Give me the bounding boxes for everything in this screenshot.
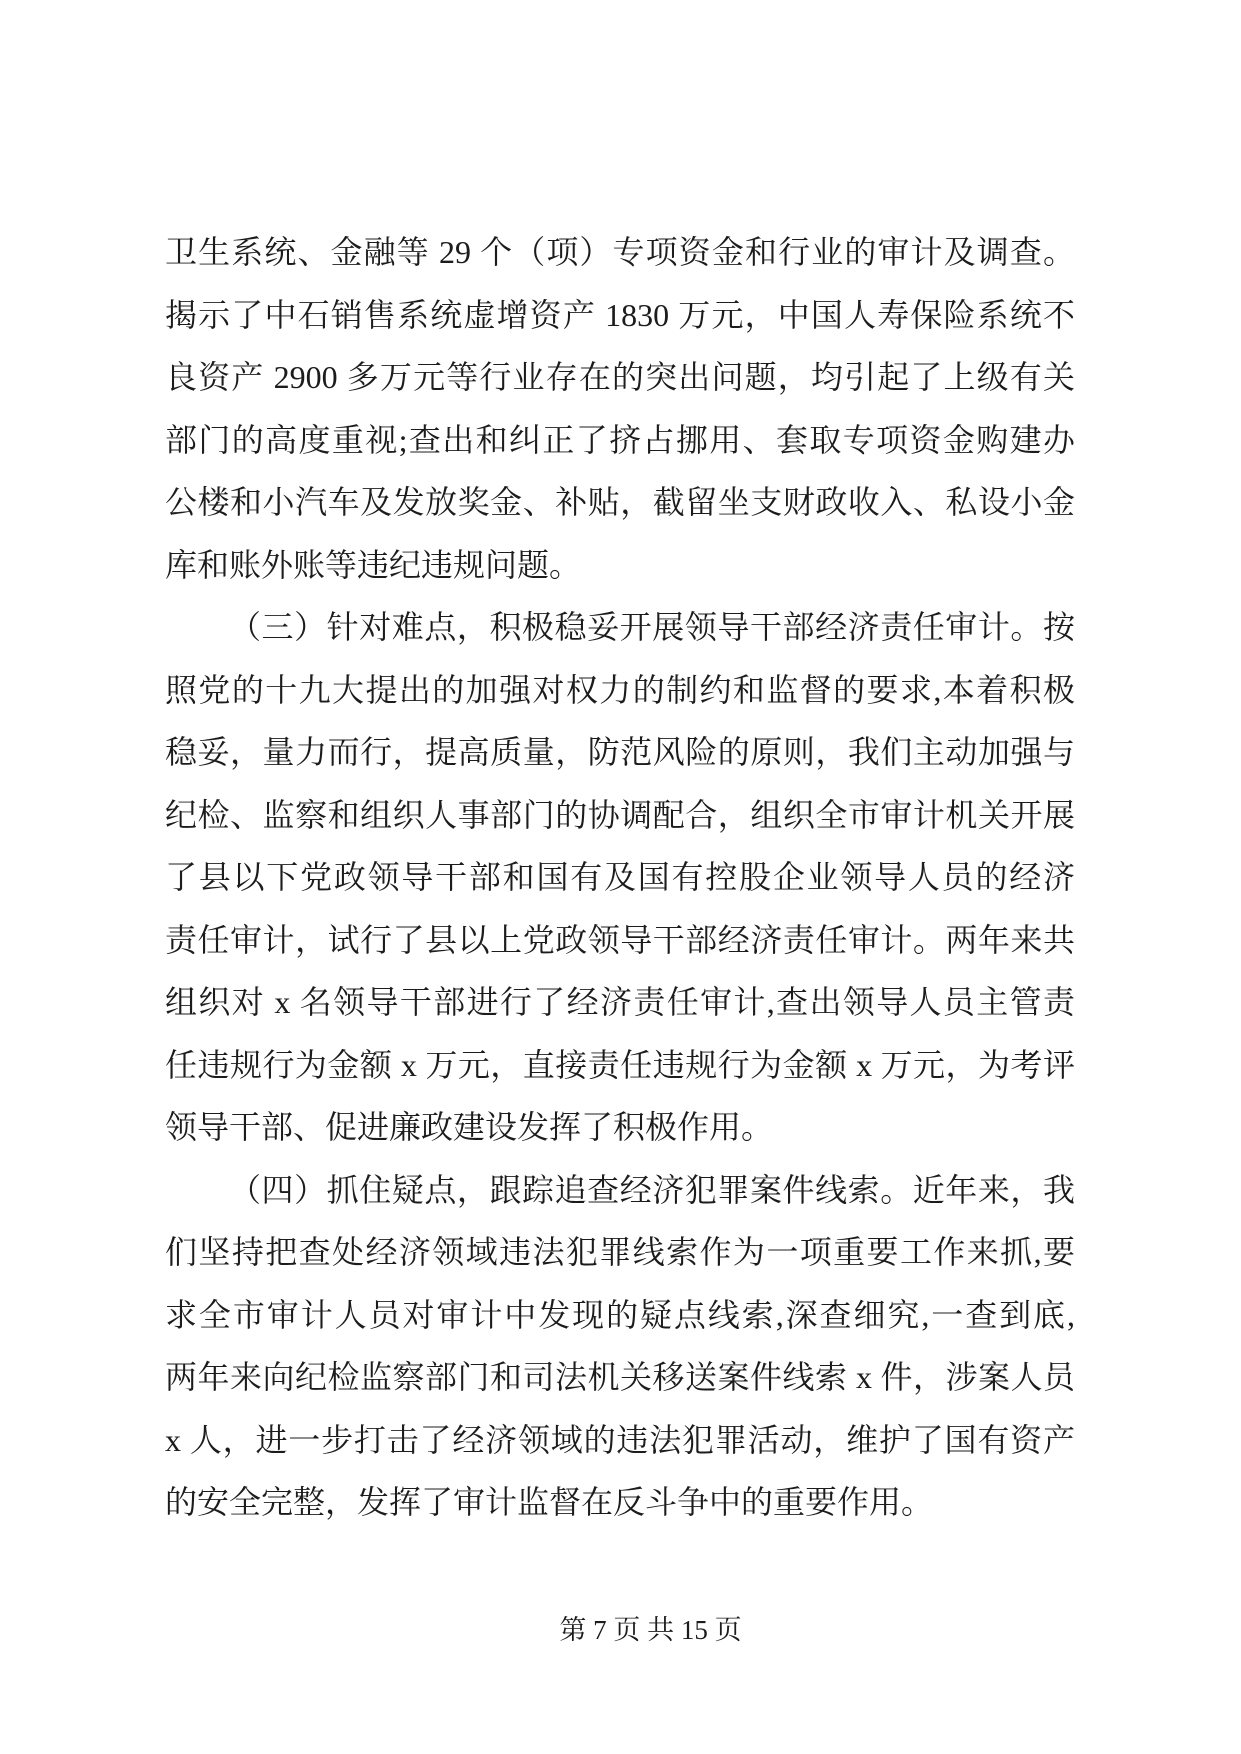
text-line: 揭示了中石销售系统虚增资产 1830 万元，中国人寿保险系统不 — [165, 284, 1075, 347]
text-line: 卫生系统、金融等 29 个（项）专项资金和行业的审计及调查。 — [165, 221, 1075, 284]
text-line: 任违规行为金额 x 万元，直接责任违规行为金额 x 万元，为考评 — [165, 1034, 1075, 1097]
text-line: 责任审计，试行了县以上党政领导干部经济责任审计。两年来共 — [165, 909, 1075, 972]
text-line: 公楼和小汽车及发放奖金、补贴，截留坐支财政收入、私设小金 — [165, 471, 1075, 534]
page-footer: 第 7 页 共 15 页 — [0, 1610, 1241, 1650]
document-body: 卫生系统、金融等 29 个（项）专项资金和行业的审计及调查。揭示了中石销售系统虚… — [165, 221, 1075, 1534]
text-line: 了县以下党政领导干部和国有及国有控股企业领导人员的经济 — [165, 846, 1075, 909]
page-number-indicator: 第 7 页 共 15 页 — [559, 1610, 741, 1650]
text-line: （三）针对难点，积极稳妥开展领导干部经济责任审计。按 — [165, 596, 1075, 659]
text-line: （四）抓住疑点，跟踪追查经济犯罪案件线索。近年来，我 — [165, 1159, 1075, 1222]
document-page: 卫生系统、金融等 29 个（项）专项资金和行业的审计及调查。揭示了中石销售系统虚… — [0, 0, 1241, 1754]
paragraph: 卫生系统、金融等 29 个（项）专项资金和行业的审计及调查。揭示了中石销售系统虚… — [165, 221, 1075, 596]
text-line: x 人，进一步打击了经济领域的违法犯罪活动，维护了国有资产 — [165, 1409, 1075, 1472]
text-line: 稳妥，量力而行，提高质量，防范风险的原则，我们主动加强与 — [165, 721, 1075, 784]
text-line: 库和账外账等违纪违规问题。 — [165, 534, 1075, 597]
text-line: 的安全完整，发挥了审计监督在反斗争中的重要作用。 — [165, 1471, 1075, 1534]
text-line: 领导干部、促进廉政建设发挥了积极作用。 — [165, 1096, 1075, 1159]
text-line: 部门的高度重视;查出和纠正了挤占挪用、套取专项资金购建办 — [165, 409, 1075, 472]
text-line: 纪检、监察和组织人事部门的协调配合，组织全市审计机关开展 — [165, 784, 1075, 847]
text-line: 们坚持把查处经济领域违法犯罪线索作为一项重要工作来抓,要 — [165, 1221, 1075, 1284]
text-line: 求全市审计人员对审计中发现的疑点线索,深查细究,一查到底, — [165, 1284, 1075, 1347]
paragraph: （三）针对难点，积极稳妥开展领导干部经济责任审计。按照党的十九大提出的加强对权力… — [165, 596, 1075, 1159]
paragraph: （四）抓住疑点，跟踪追查经济犯罪案件线索。近年来，我们坚持把查处经济领域违法犯罪… — [165, 1159, 1075, 1534]
text-line: 照党的十九大提出的加强对权力的制约和监督的要求,本着积极 — [165, 659, 1075, 722]
text-line: 良资产 2900 多万元等行业存在的突出问题，均引起了上级有关 — [165, 346, 1075, 409]
text-line: 两年来向纪检监察部门和司法机关移送案件线索 x 件，涉案人员 — [165, 1346, 1075, 1409]
text-line: 组织对 x 名领导干部进行了经济责任审计,查出领导人员主管责 — [165, 971, 1075, 1034]
